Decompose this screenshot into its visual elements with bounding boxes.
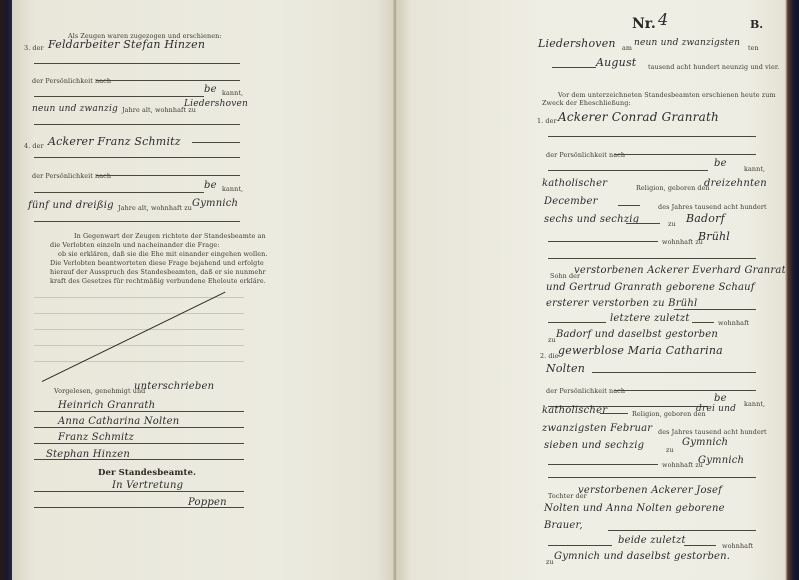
witness4-known-label: kannt,	[222, 185, 243, 193]
bride-identity-label: der Persönlichkeit nach	[546, 387, 625, 395]
witness3-known-label: kannt,	[222, 89, 243, 97]
left-page: Als Zeugen waren zugezogen und erschiene…	[12, 0, 396, 580]
witness3-identity-value: be	[204, 84, 217, 95]
groom-residence: Brühl	[698, 230, 730, 243]
bride-parents-line-5-prefix: zu	[546, 558, 554, 566]
bride-name-line-1: gewerblose Maria Catharina	[558, 344, 723, 357]
bride-religion-label: Religion, geboren den	[632, 410, 706, 418]
rule	[34, 96, 204, 97]
bride-birth-year: sieben und sechzig	[544, 440, 644, 451]
blank-rule	[34, 345, 244, 346]
rule	[34, 192, 204, 193]
groom-parents-line-2: und Gertrud Granrath geborene Schauf	[546, 282, 755, 293]
groom-known-label: kannt,	[744, 165, 765, 173]
bride-birth-place-label: zu	[666, 446, 674, 454]
rule	[600, 413, 628, 414]
rule	[192, 142, 240, 143]
groom-year-label: des Jahres tausend acht hundert	[658, 203, 767, 211]
bride-parents-line-5: Gymnich und daselbst gestorben.	[554, 551, 730, 562]
intro-line-2: Zweck der Eheschließung:	[542, 99, 631, 107]
day-suffix: ten	[748, 44, 759, 52]
bride-birth-day: drei und	[696, 404, 736, 414]
witness4-identity-label: der Persönlichkeit nach	[32, 172, 111, 180]
formula-line-1: In Gegenwart der Zeugen richtete der Sta…	[74, 232, 266, 240]
formula-line-5: hierauf der Ausspruch des Standesbeamten…	[50, 268, 266, 276]
place: Liedershoven	[538, 37, 616, 50]
witness3-residence: Liedershoven	[184, 99, 248, 109]
closing-label: Vorgelesen, genehmigt und	[54, 387, 145, 395]
place-suffix: am	[622, 44, 632, 52]
groom-parents-line-4: letztere zuletzt	[610, 313, 690, 324]
book-edge-left	[0, 0, 12, 580]
official-signature-1: In Vertretung	[112, 480, 183, 491]
groom-identity-value: be	[714, 158, 727, 169]
bride-parents-line-2: Nolten und Anna Nolten geborene	[544, 503, 725, 514]
year-text: tausend acht hundert neunzig und vier.	[648, 63, 779, 71]
rule	[34, 63, 240, 64]
rule	[34, 443, 244, 444]
signature-1: Heinrich Granrath	[58, 400, 155, 411]
rule	[548, 170, 708, 171]
groom-religion-label: Religion, geboren den	[636, 184, 710, 192]
rule	[618, 205, 640, 206]
rule	[548, 477, 756, 478]
book-edge-right	[785, 0, 799, 580]
groom-residence-label: wohnhaft zu	[662, 238, 703, 246]
bride-religion: katholischer	[542, 405, 607, 416]
rule	[34, 459, 244, 460]
witness4-identity-value: be	[204, 180, 217, 191]
groom-parents-residence-label: wohnhaft	[718, 319, 749, 327]
rule	[34, 507, 244, 508]
record-number-label: Nr.	[632, 16, 656, 32]
blank-rule	[34, 329, 244, 330]
groom-religion: katholischer	[542, 178, 607, 189]
groom-parents-line-3: ersterer verstorben zu Brühl	[546, 298, 697, 309]
groom-birth-place-label: zu	[668, 220, 676, 228]
rule	[692, 322, 714, 323]
rule	[614, 154, 756, 155]
witness3-age: neun und zwanzig	[32, 104, 118, 114]
bride-parents-residence-label: wohnhaft	[722, 542, 753, 550]
bride-birth-day-2: zwanzigsten Februar	[542, 423, 652, 434]
right-page: Nr. 4 B. Liedershoven am neun und zwanzi…	[396, 0, 785, 580]
rule	[96, 80, 240, 81]
rule	[34, 491, 244, 492]
bride-residence-label: wohnhaft zu	[662, 461, 703, 469]
signature-3: Franz Schmitz	[58, 432, 134, 443]
witness4-prefix: 4. der	[24, 142, 44, 150]
official-label: Der Standesbeamte.	[98, 468, 196, 478]
groom-birth-month: December	[544, 196, 598, 207]
bride-name-line-2: Nolten	[546, 362, 585, 375]
rule	[548, 322, 606, 323]
rule	[34, 411, 244, 412]
rule	[684, 545, 716, 546]
month: August	[596, 56, 636, 69]
rule	[548, 136, 756, 137]
signature-2: Anna Catharina Nolten	[58, 416, 179, 427]
formula-line-3: ob sie erklären, daß sie die Ehe mit ein…	[58, 250, 268, 258]
rule	[34, 124, 240, 125]
groom-birth-place: Badorf	[686, 212, 725, 225]
intro-line-1: Vor dem unterzeichneten Standesbeamten e…	[558, 91, 776, 99]
register-letter: B.	[750, 18, 763, 31]
day: neun und zwanzigsten	[634, 38, 740, 48]
void-strike-line	[42, 292, 226, 383]
rule	[548, 464, 658, 465]
groom-parents-line-5-prefix: zu	[548, 336, 556, 344]
rule	[626, 223, 660, 224]
rule	[552, 67, 596, 68]
blank-rule	[34, 361, 244, 362]
bride-parents-line-4: beide zuletzt	[618, 535, 686, 546]
rule	[96, 175, 240, 176]
rule	[548, 258, 756, 259]
bride-year-label: des Jahres tausend acht hundert	[658, 428, 767, 436]
rule	[548, 545, 612, 546]
bride-identity-value: be	[714, 393, 727, 404]
blank-rule	[34, 313, 244, 314]
groom-parents-line-1: verstorbenen Ackerer Everhard Granrath	[574, 265, 792, 276]
witness4-age: fünf und dreißig	[28, 200, 114, 211]
bride-prefix: 2. die	[540, 352, 559, 360]
rule	[34, 221, 240, 222]
record-number: 4	[658, 10, 668, 29]
rule	[608, 530, 756, 531]
witness3-name: Feldarbeiter Stefan Hinzen	[48, 38, 205, 51]
formula-line-2: die Verlobten einzeln und nacheinander d…	[50, 241, 220, 249]
witness4-residence: Gymnich	[192, 198, 238, 209]
witness4-name: Ackerer Franz Schmitz	[48, 135, 181, 148]
bride-residence: Gymnich	[698, 455, 744, 466]
closing-value: unterschrieben	[134, 381, 214, 392]
rule	[548, 241, 658, 242]
rule	[34, 157, 240, 158]
formula-line-4: Die Verlobten beantworteten diese Frage …	[50, 259, 264, 267]
bride-known-label: kannt,	[744, 400, 765, 408]
bride-birth-place: Gymnich	[682, 437, 728, 448]
groom-name: Ackerer Conrad Granrath	[558, 110, 719, 124]
groom-birth-day: dreizehnten	[704, 178, 767, 189]
bride-parents-line-3: Brauer,	[544, 520, 583, 531]
groom-prefix: 1. der	[537, 117, 557, 125]
formula-line-6: kraft des Gesetzes für rechtmäßig verbun…	[50, 277, 266, 285]
rule	[34, 427, 244, 428]
rule	[592, 372, 756, 373]
rule	[614, 390, 756, 391]
groom-birth-year: sechs und sechzig	[544, 214, 639, 225]
bride-parents-line-1: verstorbenen Ackerer Josef	[578, 485, 722, 496]
groom-identity-label: der Persönlichkeit nach	[546, 151, 625, 159]
witness3-prefix: 3. der	[24, 44, 44, 52]
witness3-identity-label: der Persönlichkeit nach	[32, 77, 111, 85]
witness4-age-label: Jahre alt, wohnhaft zu	[118, 204, 192, 212]
rule	[674, 309, 756, 310]
groom-parents-line-5: Badorf und daselbst gestorben	[556, 329, 718, 340]
